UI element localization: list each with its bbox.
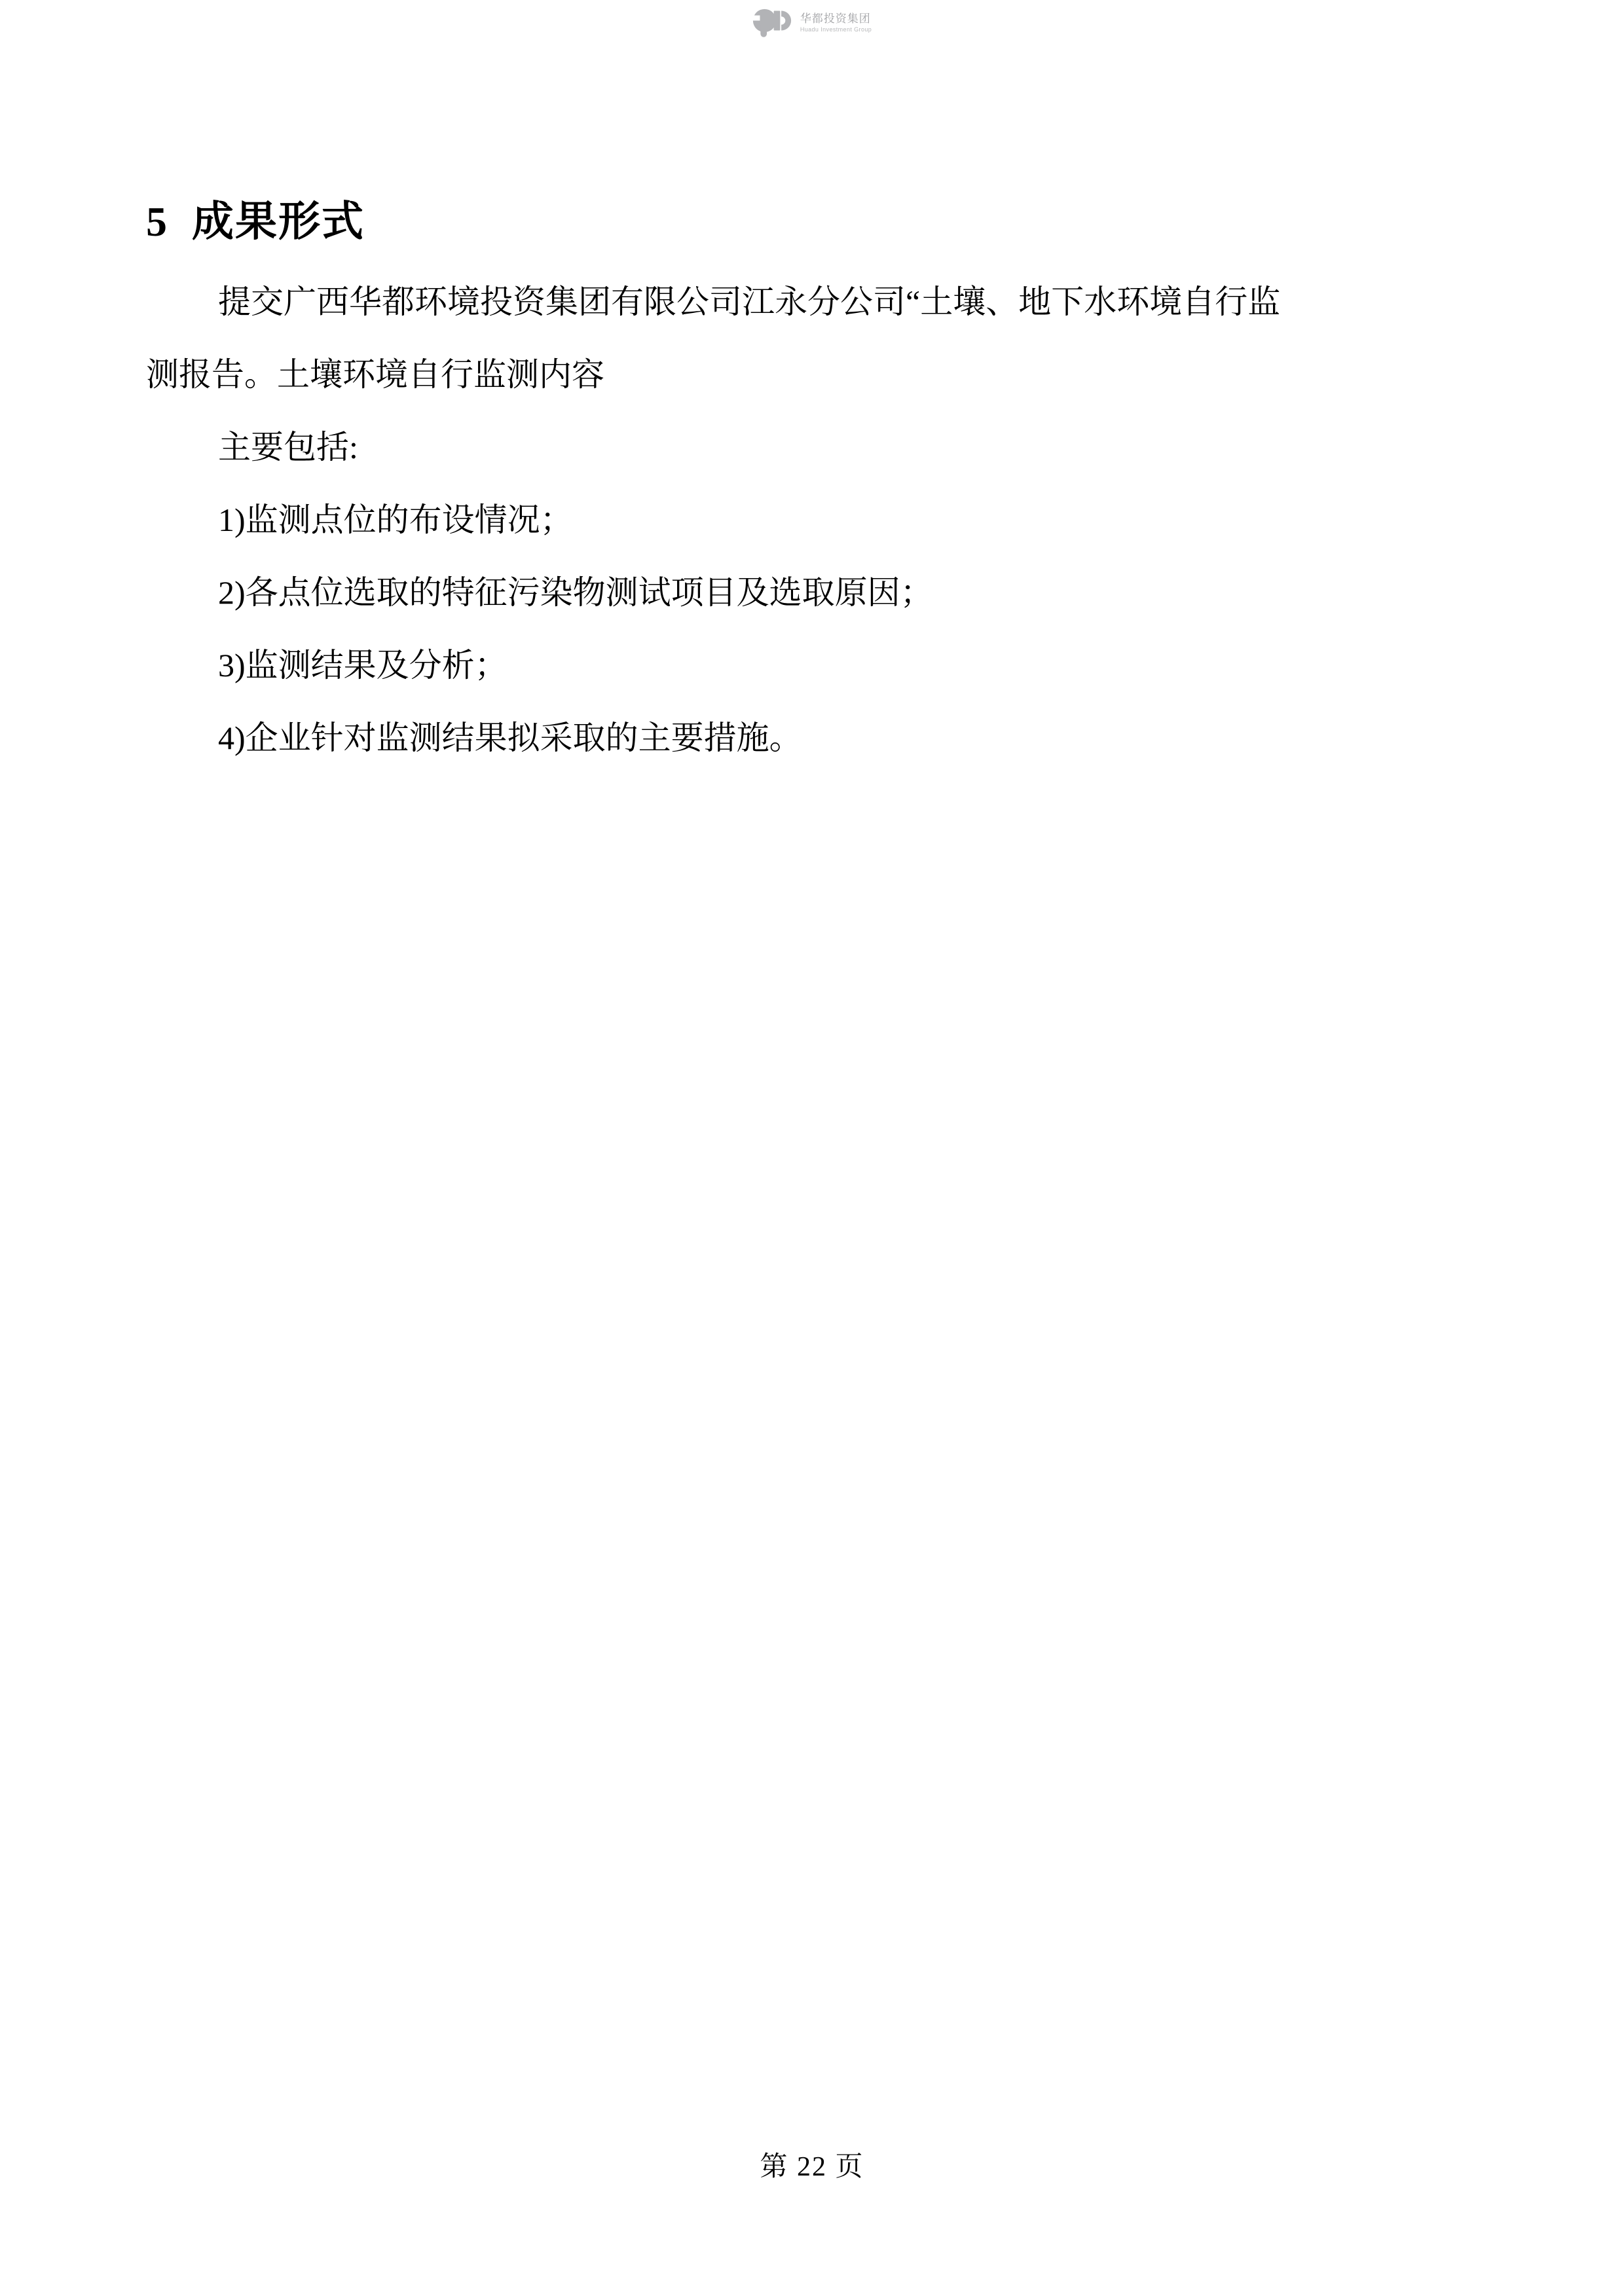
body-text: 提交广西华都环境投资集团有限公司江永分公司“土壤、地下水环境自行监 测报告。土壤… xyxy=(146,266,1478,774)
section-heading: 5成果形式 xyxy=(146,194,365,250)
list-item: 3)监测结果及分析； xyxy=(146,629,1478,702)
list-item: 1)监测点位的布设情况； xyxy=(146,484,1478,556)
document-page: 华都投资集团 Huadu Investment Group 5成果形式 提交广西… xyxy=(0,0,1624,2296)
list-item: 2)各点位选取的特征污染物测试项目及选取原因； xyxy=(146,556,1478,629)
list-item: 4)企业针对监测结果拟采取的主要措施。 xyxy=(146,702,1478,774)
paragraph-line-2: 测报告。土壤环境自行监测内容 xyxy=(146,338,1478,411)
paragraph-line-3: 主要包括: xyxy=(146,411,1478,484)
huadu-logo-icon xyxy=(752,7,792,39)
company-name-en: Huadu Investment Group xyxy=(800,26,872,33)
section-title: 成果形式 xyxy=(192,198,365,245)
paragraph-line-1: 提交广西华都环境投资集团有限公司江永分公司“土壤、地下水环境自行监 xyxy=(146,266,1478,338)
page-number: 第 22 页 xyxy=(0,2145,1624,2184)
company-name-block: 华都投资集团 Huadu Investment Group xyxy=(800,12,872,33)
company-logo: 华都投资集团 Huadu Investment Group xyxy=(0,7,1624,39)
company-name-cn: 华都投资集团 xyxy=(800,12,872,25)
section-number: 5 xyxy=(146,198,168,245)
